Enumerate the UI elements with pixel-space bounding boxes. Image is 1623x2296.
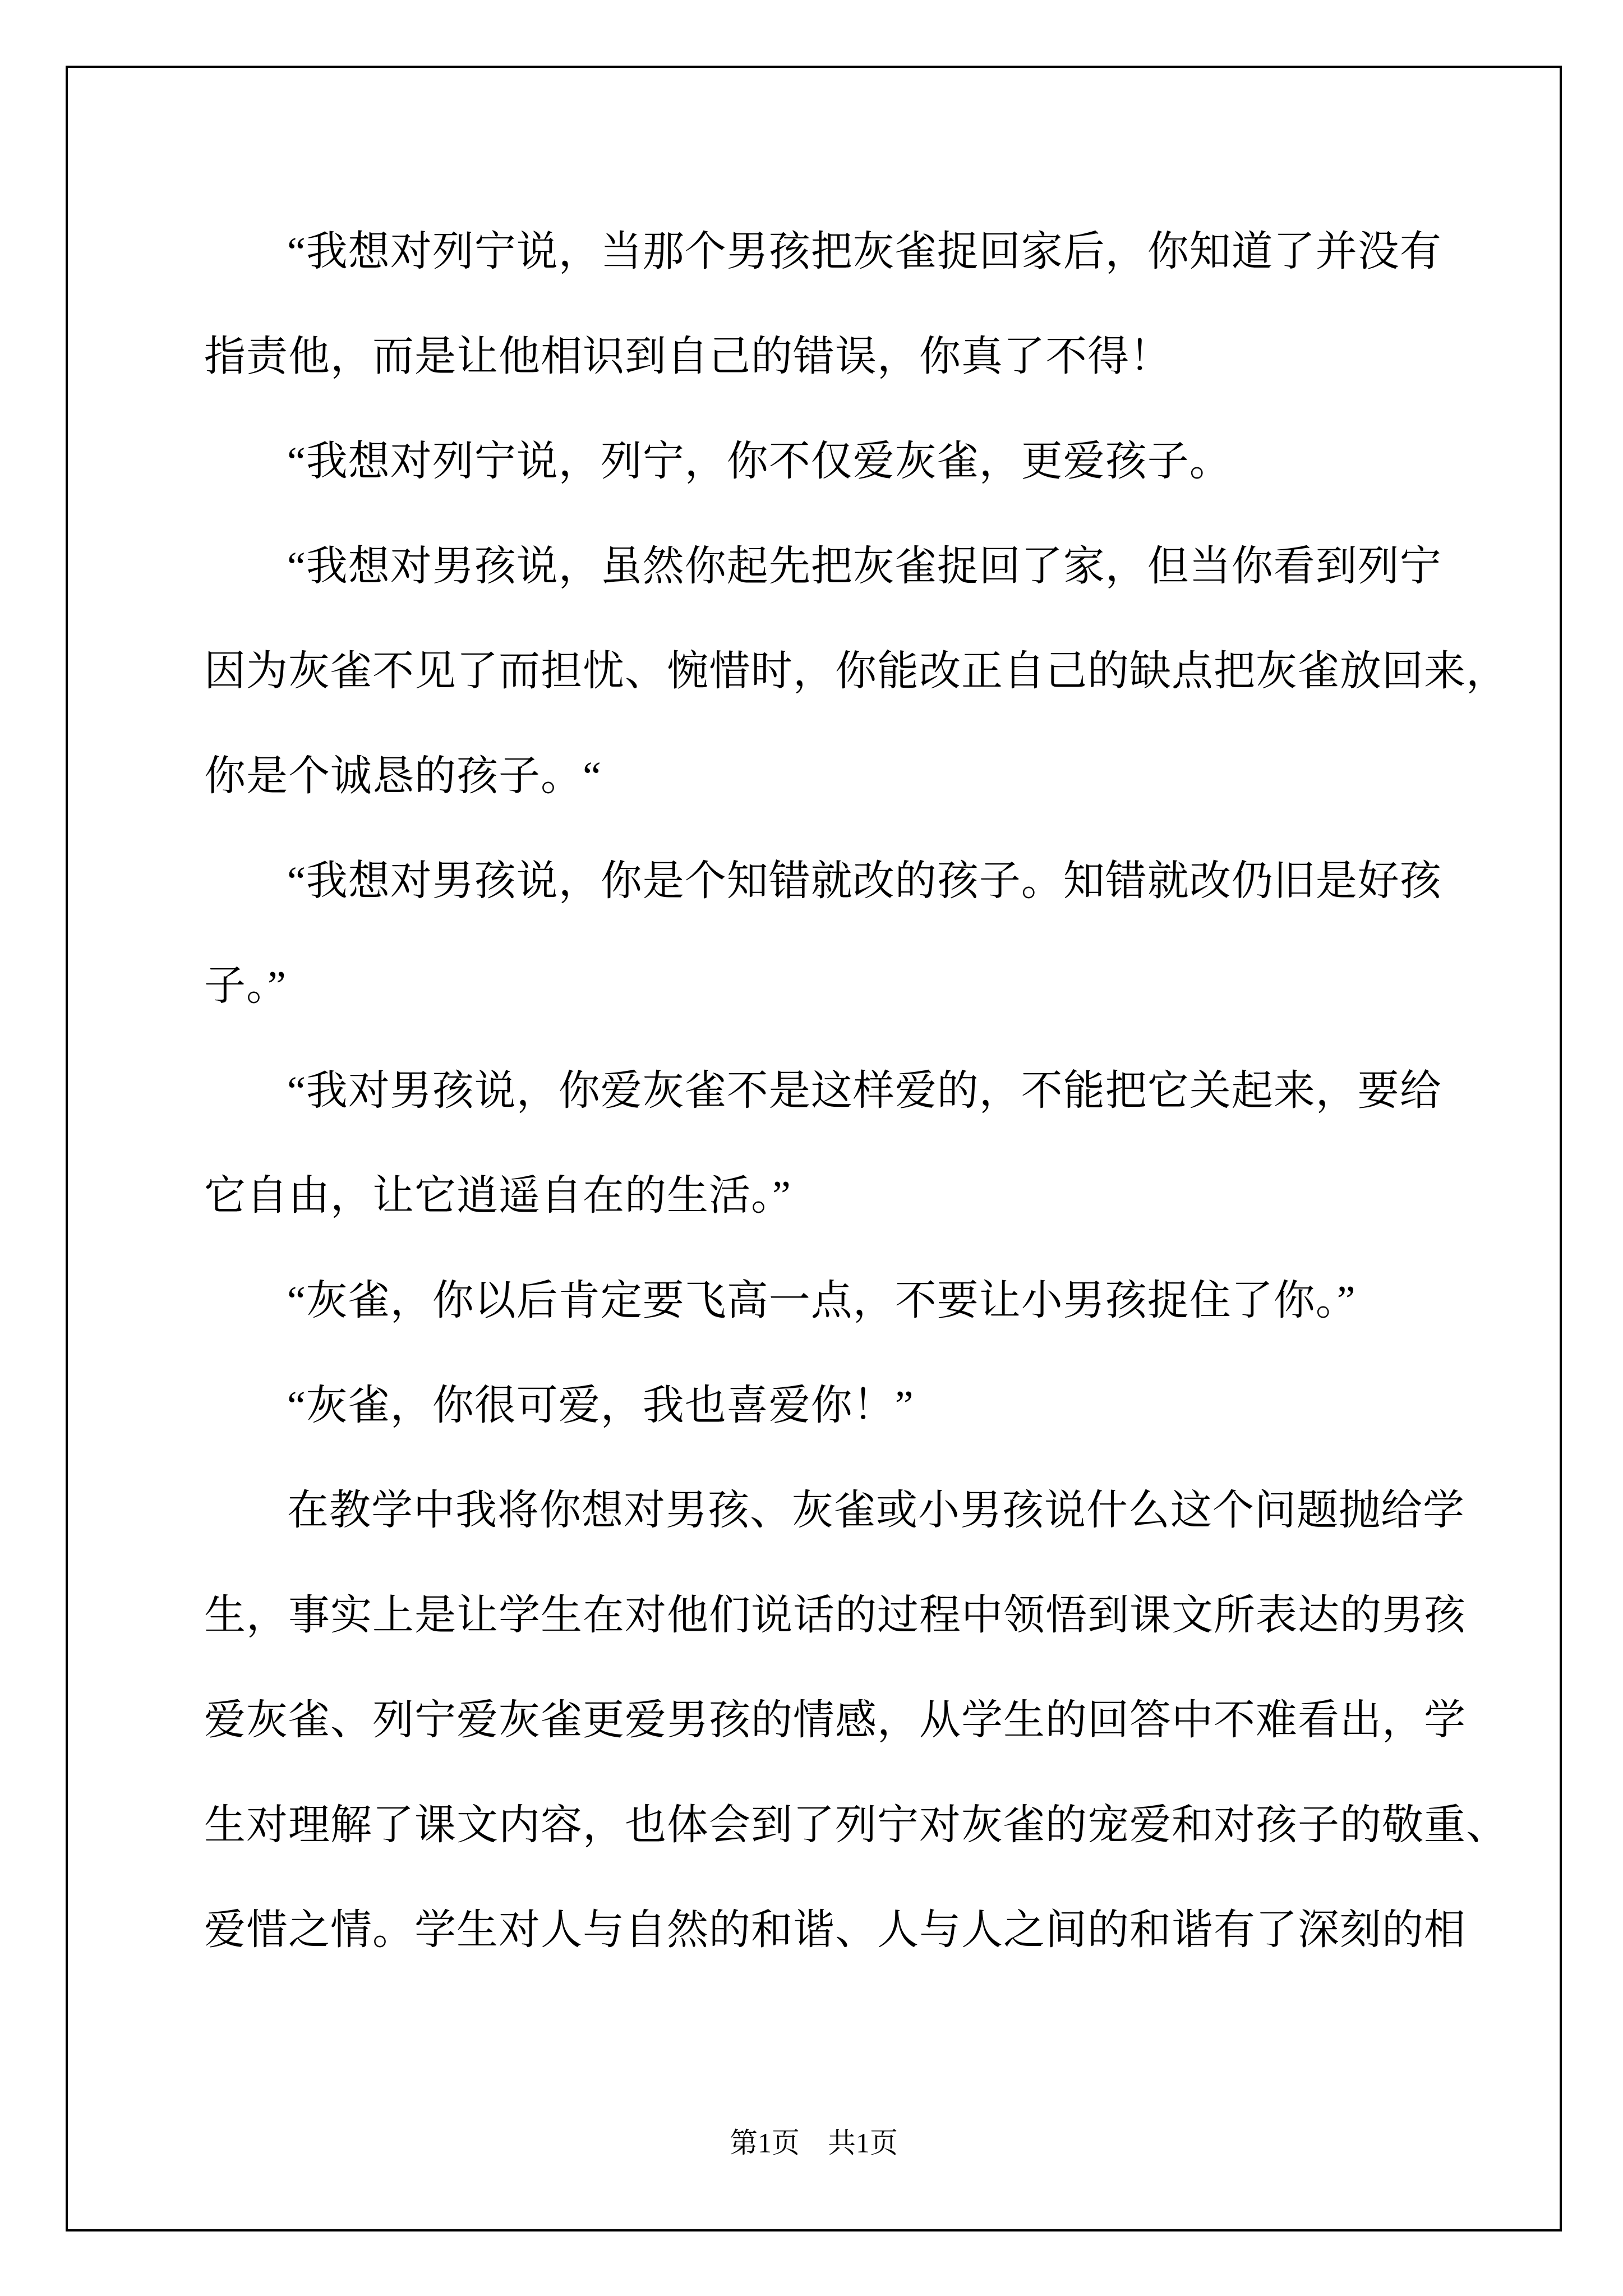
text-line: 指责他，而是让他相识到自己的错误，你真了不得！ xyxy=(204,305,1463,409)
text-line: 生对理解了课文内容，也体会到了列宁对灰雀的宠爱和对孩子的敬重、 xyxy=(204,1773,1463,1878)
page-footer: 第1页共1页 xyxy=(68,2125,1560,2160)
footer-page-number: 第1页 xyxy=(730,2127,800,2159)
document-page: “我想对列宁说，当那个男孩把灰雀捉回家后，你知道了并没有指责他，而是让他相识到自… xyxy=(0,0,1623,2296)
footer-page-total: 共1页 xyxy=(828,2127,898,2159)
text-line: 爱惜之情。学生对人与自然的和谐、人与人之间的和谐有了深刻的相 xyxy=(204,1878,1463,1983)
text-line: 在教学中我将你想对男孩、灰雀或小男孩说什么这个问题抛给学 xyxy=(204,1458,1463,1563)
page-border-frame: “我想对列宁说，当那个男孩把灰雀捉回家后，你知道了并没有指责他，而是让他相识到自… xyxy=(66,66,1562,2231)
text-line: “我想对男孩说，你是个知错就改的孩子。知错就改仍旧是好孩 xyxy=(204,829,1463,934)
text-line: 你是个诚恳的孩子。“ xyxy=(204,724,1463,829)
text-line: 子。” xyxy=(204,934,1463,1039)
text-line: “灰雀，你以后肯定要飞高一点，不要让小男孩捉住了你。” xyxy=(204,1249,1463,1354)
text-line: 它自由，让它逍遥自在的生活。” xyxy=(204,1144,1463,1249)
text-line: 生，事实上是让学生在对他们说话的过程中领悟到课文所表达的男孩 xyxy=(204,1563,1463,1668)
text-line: “我想对列宁说，当那个男孩把灰雀捉回家后，你知道了并没有 xyxy=(204,200,1463,305)
text-line: “我对男孩说，你爱灰雀不是这样爱的，不能把它关起来，要给 xyxy=(204,1039,1463,1144)
text-line: 爱灰雀、列宁爱灰雀更爱男孩的情感，从学生的回答中不难看出，学 xyxy=(204,1668,1463,1773)
text-line: 因为灰雀不见了而担忧、惋惜时，你能改正自己的缺点把灰雀放回来， xyxy=(204,619,1463,724)
text-line: “我想对男孩说，虽然你起先把灰雀捉回了家，但当你看到列宁 xyxy=(204,514,1463,619)
text-line: “我想对列宁说，列宁，你不仅爱灰雀，更爱孩子。 xyxy=(204,409,1463,514)
text-line: “灰雀，你很可爱，我也喜爱你！” xyxy=(204,1354,1463,1458)
document-body: “我想对列宁说，当那个男孩把灰雀捉回家后，你知道了并没有指责他，而是让他相识到自… xyxy=(204,200,1463,1983)
